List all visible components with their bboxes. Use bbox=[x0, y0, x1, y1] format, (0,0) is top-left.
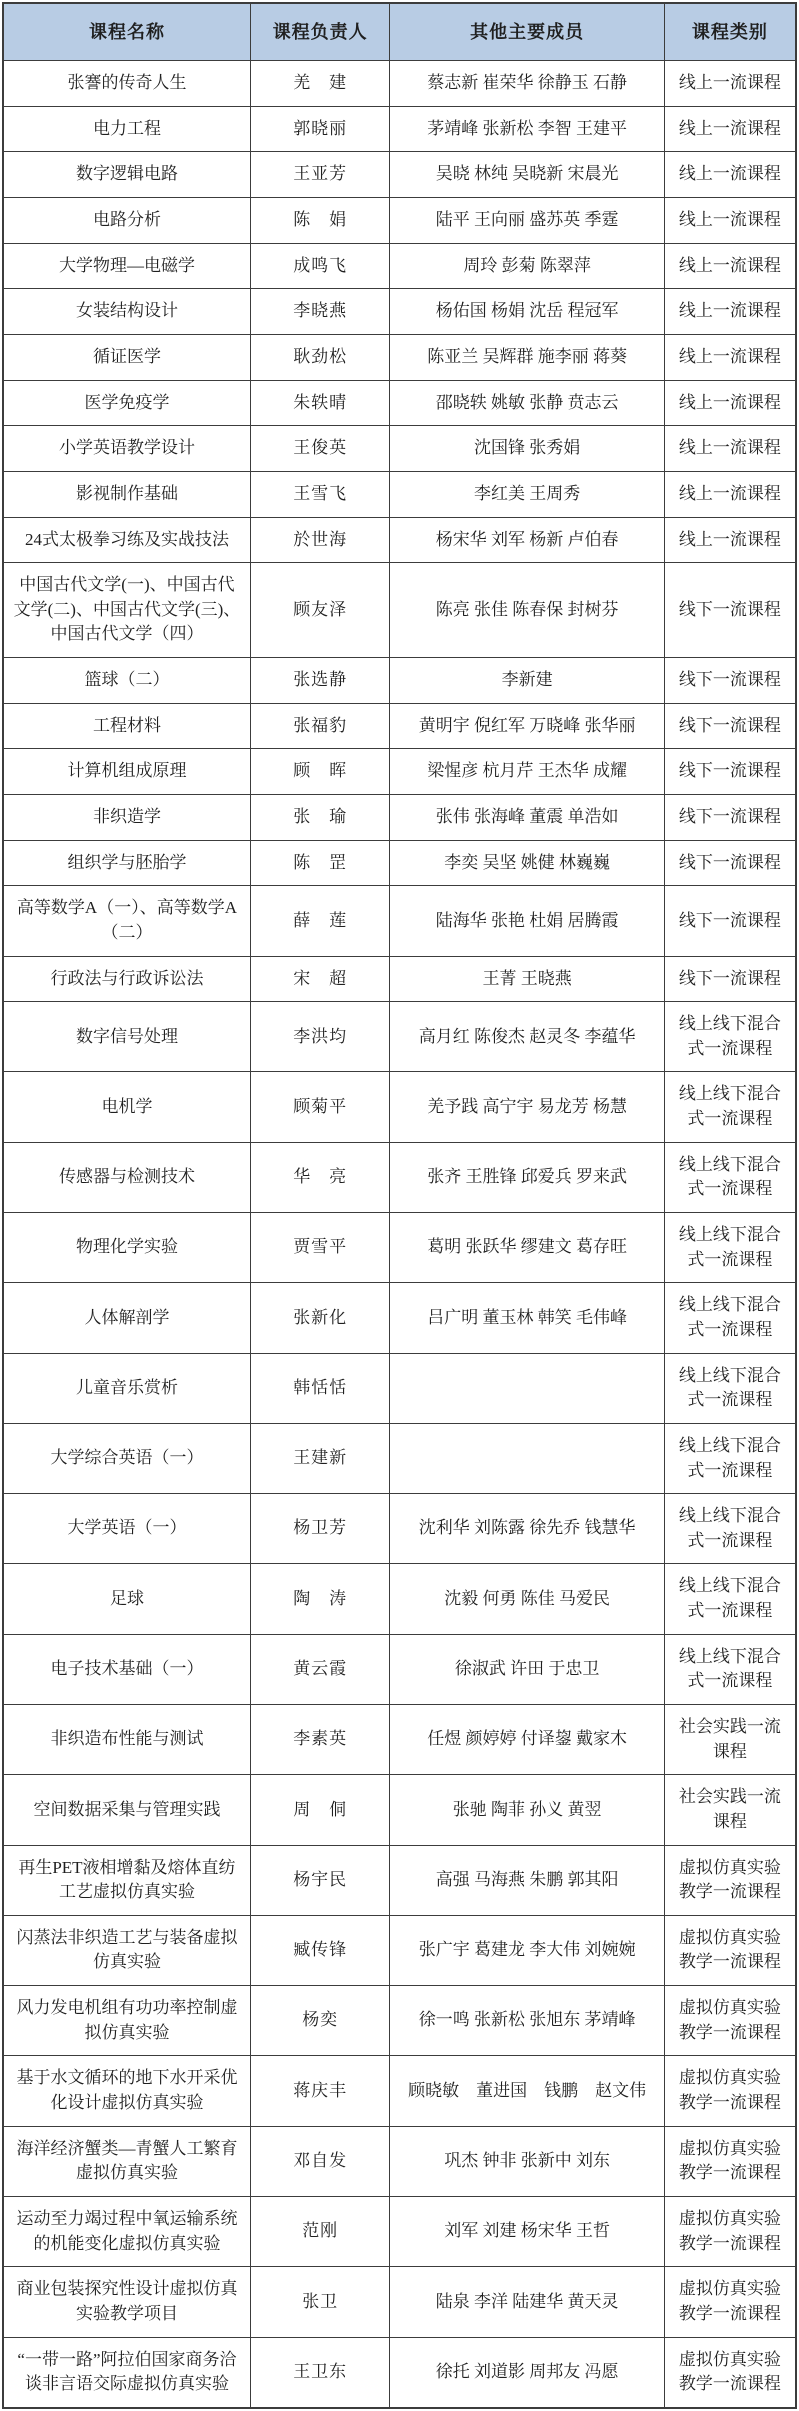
course-name-cell: 大学物理—电磁学 bbox=[3, 243, 250, 289]
members-cell: 李奕 吴坚 姚健 林巍巍 bbox=[390, 840, 664, 886]
leader-cell: 宋 超 bbox=[250, 956, 390, 1002]
members-cell: 杨佑国 杨娟 沈岳 程冠军 bbox=[390, 289, 664, 335]
table-row: 篮球（二）张选静李新建线下一流课程 bbox=[3, 658, 796, 704]
category-cell: 虚拟仿真实验教学一流课程 bbox=[664, 1915, 796, 1985]
table-row: “一带一路”阿拉伯国家商务洽谈非言语交际虚拟仿真实验王卫东徐托 刘道影 周邦友 … bbox=[3, 2337, 796, 2408]
course-name-cell: 中国古代文学(一)、中国古代文学(二)、中国古代文学(三)、中国古代文学（四） bbox=[3, 563, 250, 658]
table-row: 传感器与检测技术华 亮张齐 王胜锋 邱爱兵 罗来武线上线下混合式一流课程 bbox=[3, 1142, 796, 1212]
table-row: 小学英语教学设计王俊英沈国锋 张秀娟线上一流课程 bbox=[3, 426, 796, 472]
table-row: 大学英语（一）杨卫芳沈利华 刘陈露 徐先乔 钱慧华线上线下混合式一流课程 bbox=[3, 1494, 796, 1564]
category-cell: 线上一流课程 bbox=[664, 198, 796, 244]
table-row: 电机学顾菊平羌予践 高宁宇 易龙芳 杨慧线上线下混合式一流课程 bbox=[3, 1072, 796, 1142]
members-cell: 顾晓敏 董进国 钱鹏 赵文伟 bbox=[390, 2056, 664, 2126]
leader-cell: 王雪飞 bbox=[250, 471, 390, 517]
members-cell: 沈国锋 张秀娟 bbox=[390, 426, 664, 472]
category-cell: 线下一流课程 bbox=[664, 886, 796, 956]
table-row: 海洋经济蟹类—青蟹人工繁育虚拟仿真实验邓自发巩杰 钟非 张新中 刘东虚拟仿真实验… bbox=[3, 2126, 796, 2196]
members-cell: 吴晓 林纯 吴晓新 宋晨光 bbox=[390, 152, 664, 198]
leader-cell: 李素英 bbox=[250, 1705, 390, 1775]
table-row: 数字逻辑电路王亚芳吴晓 林纯 吴晓新 宋晨光线上一流课程 bbox=[3, 152, 796, 198]
members-cell: 吕广明 董玉林 韩笑 毛伟峰 bbox=[390, 1283, 664, 1353]
category-cell: 线下一流课程 bbox=[664, 956, 796, 1002]
leader-cell: 陈 罡 bbox=[250, 840, 390, 886]
leader-cell: 韩恬恬 bbox=[250, 1353, 390, 1423]
table-row: 电子技术基础（一）黄云霞徐淑武 许田 于忠卫线上线下混合式一流课程 bbox=[3, 1634, 796, 1704]
category-cell: 线下一流课程 bbox=[664, 840, 796, 886]
table-row: 电力工程郭晓丽茅靖峰 张新松 李智 王建平线上一流课程 bbox=[3, 106, 796, 152]
category-cell: 虚拟仿真实验教学一流课程 bbox=[664, 1986, 796, 2056]
members-cell: 徐托 刘道影 周邦友 冯愿 bbox=[390, 2337, 664, 2408]
members-cell: 沈毅 何勇 陈佳 马爱民 bbox=[390, 1564, 664, 1634]
table-row: 医学免疫学朱轶晴邵晓轶 姚敏 张静 贲志云线上一流课程 bbox=[3, 380, 796, 426]
course-name-cell: 海洋经济蟹类—青蟹人工繁育虚拟仿真实验 bbox=[3, 2126, 250, 2196]
course-name-cell: 人体解剖学 bbox=[3, 1283, 250, 1353]
category-cell: 线上一流课程 bbox=[664, 334, 796, 380]
course-table: 课程名称 课程负责人 其他主要成员 课程类别 张謇的传奇人生羌 建蔡志新 崔荣华… bbox=[2, 2, 797, 2409]
course-name-cell: 风力发电机组有功功率控制虚拟仿真实验 bbox=[3, 1986, 250, 2056]
leader-cell: 张选静 bbox=[250, 658, 390, 704]
course-name-cell: 电机学 bbox=[3, 1072, 250, 1142]
course-name-cell: 基于水文循环的地下水开采优化设计虚拟仿真实验 bbox=[3, 2056, 250, 2126]
category-cell: 线下一流课程 bbox=[664, 703, 796, 749]
course-name-cell: 行政法与行政诉讼法 bbox=[3, 956, 250, 1002]
table-row: 计算机组成原理顾 晖梁惺彦 杭月芹 王杰华 成耀线下一流课程 bbox=[3, 749, 796, 795]
table-row: 再生PET液相增黏及熔体直纺工艺虚拟仿真实验杨宇民高强 马海燕 朱鹏 郭其阳虚拟… bbox=[3, 1845, 796, 1915]
course-name-cell: 电子技术基础（一） bbox=[3, 1634, 250, 1704]
course-name-cell: 大学综合英语（一） bbox=[3, 1423, 250, 1493]
course-name-cell: 运动至力竭过程中氧运输系统的机能变化虚拟仿真实验 bbox=[3, 2196, 250, 2266]
course-name-cell: 电力工程 bbox=[3, 106, 250, 152]
table-row: 物理化学实验贾雪平葛明 张跃华 缪建文 葛存旺线上线下混合式一流课程 bbox=[3, 1213, 796, 1283]
course-name-cell: 医学免疫学 bbox=[3, 380, 250, 426]
course-name-cell: 闪蒸法非织造工艺与装备虚拟仿真实验 bbox=[3, 1915, 250, 1985]
table-row: 非织造布性能与测试李素英任煜 颜婷婷 付译鋆 戴家木社会实践一流课程 bbox=[3, 1705, 796, 1775]
table-row: 24式太极拳习练及实战技法於世海杨宋华 刘军 杨新 卢伯春线上一流课程 bbox=[3, 517, 796, 563]
table-row: 高等数学A（一）、高等数学A（二）薛 莲陆海华 张艳 杜娟 居腾霞线下一流课程 bbox=[3, 886, 796, 956]
category-cell: 线上线下混合式一流课程 bbox=[664, 1283, 796, 1353]
leader-cell: 邓自发 bbox=[250, 2126, 390, 2196]
category-cell: 社会实践一流课程 bbox=[664, 1705, 796, 1775]
leader-cell: 李晓燕 bbox=[250, 289, 390, 335]
leader-cell: 朱轶晴 bbox=[250, 380, 390, 426]
table-row: 运动至力竭过程中氧运输系统的机能变化虚拟仿真实验范刚刘军 刘建 杨宋华 王哲虚拟… bbox=[3, 2196, 796, 2266]
leader-cell: 王建新 bbox=[250, 1423, 390, 1493]
table-row: 闪蒸法非织造工艺与装备虚拟仿真实验臧传锋张广宇 葛建龙 李大伟 刘婉婉虚拟仿真实… bbox=[3, 1915, 796, 1985]
table-row: 行政法与行政诉讼法宋 超王菁 王晓燕线下一流课程 bbox=[3, 956, 796, 1002]
course-name-cell: 再生PET液相增黏及熔体直纺工艺虚拟仿真实验 bbox=[3, 1845, 250, 1915]
leader-cell: 於世海 bbox=[250, 517, 390, 563]
leader-cell: 杨奕 bbox=[250, 1986, 390, 2056]
course-name-cell: “一带一路”阿拉伯国家商务洽谈非言语交际虚拟仿真实验 bbox=[3, 2337, 250, 2408]
leader-cell: 薛 莲 bbox=[250, 886, 390, 956]
course-name-cell: 24式太极拳习练及实战技法 bbox=[3, 517, 250, 563]
members-cell: 张伟 张海峰 董震 单浩如 bbox=[390, 794, 664, 840]
members-cell: 葛明 张跃华 缪建文 葛存旺 bbox=[390, 1213, 664, 1283]
header-course-leader: 课程负责人 bbox=[250, 3, 390, 61]
category-cell: 虚拟仿真实验教学一流课程 bbox=[664, 2337, 796, 2408]
course-name-cell: 商业包装探究性设计虚拟仿真实验教学项目 bbox=[3, 2267, 250, 2337]
course-name-cell: 篮球（二） bbox=[3, 658, 250, 704]
leader-cell: 陈 娟 bbox=[250, 198, 390, 244]
leader-cell: 李洪均 bbox=[250, 1002, 390, 1072]
course-name-cell: 空间数据采集与管理实践 bbox=[3, 1775, 250, 1845]
header-other-members: 其他主要成员 bbox=[390, 3, 664, 61]
category-cell: 线上线下混合式一流课程 bbox=[664, 1494, 796, 1564]
course-name-cell: 物理化学实验 bbox=[3, 1213, 250, 1283]
members-cell: 陆海华 张艳 杜娟 居腾霞 bbox=[390, 886, 664, 956]
members-cell: 李新建 bbox=[390, 658, 664, 704]
course-name-cell: 电路分析 bbox=[3, 198, 250, 244]
category-cell: 线下一流课程 bbox=[664, 658, 796, 704]
table-row: 人体解剖学张新化吕广明 董玉林 韩笑 毛伟峰线上线下混合式一流课程 bbox=[3, 1283, 796, 1353]
table-row: 组织学与胚胎学陈 罡李奕 吴坚 姚健 林巍巍线下一流课程 bbox=[3, 840, 796, 886]
course-name-cell: 足球 bbox=[3, 1564, 250, 1634]
category-cell: 线上线下混合式一流课程 bbox=[664, 1002, 796, 1072]
header-row: 课程名称 课程负责人 其他主要成员 课程类别 bbox=[3, 3, 796, 61]
category-cell: 线上线下混合式一流课程 bbox=[664, 1564, 796, 1634]
leader-cell: 成鸣飞 bbox=[250, 243, 390, 289]
members-cell: 徐一鸣 张新松 张旭东 茅靖峰 bbox=[390, 1986, 664, 2056]
course-name-cell: 工程材料 bbox=[3, 703, 250, 749]
members-cell: 高强 马海燕 朱鹏 郭其阳 bbox=[390, 1845, 664, 1915]
table-row: 循证医学耿劲松陈亚兰 吴辉群 施李丽 蒋葵线上一流课程 bbox=[3, 334, 796, 380]
table-row: 大学物理—电磁学成鸣飞周玲 彭菊 陈翠萍线上一流课程 bbox=[3, 243, 796, 289]
leader-cell: 周 侗 bbox=[250, 1775, 390, 1845]
category-cell: 线上一流课程 bbox=[664, 152, 796, 198]
course-name-cell: 数字逻辑电路 bbox=[3, 152, 250, 198]
category-cell: 线上一流课程 bbox=[664, 471, 796, 517]
category-cell: 虚拟仿真实验教学一流课程 bbox=[664, 1845, 796, 1915]
category-cell: 线下一流课程 bbox=[664, 563, 796, 658]
leader-cell: 张福豹 bbox=[250, 703, 390, 749]
category-cell: 线上一流课程 bbox=[664, 426, 796, 472]
category-cell: 虚拟仿真实验教学一流课程 bbox=[664, 2267, 796, 2337]
members-cell: 黄明宇 倪红军 万晓峰 张华丽 bbox=[390, 703, 664, 749]
leader-cell: 黄云霞 bbox=[250, 1634, 390, 1704]
category-cell: 线上一流课程 bbox=[664, 106, 796, 152]
members-cell bbox=[390, 1353, 664, 1423]
table-row: 女装结构设计李晓燕杨佑国 杨娟 沈岳 程冠军线上一流课程 bbox=[3, 289, 796, 335]
course-name-cell: 非织造学 bbox=[3, 794, 250, 840]
leader-cell: 蒋庆丰 bbox=[250, 2056, 390, 2126]
course-name-cell: 影视制作基础 bbox=[3, 471, 250, 517]
members-cell: 陈亚兰 吴辉群 施李丽 蒋葵 bbox=[390, 334, 664, 380]
members-cell: 陆泉 李洋 陆建华 黄天灵 bbox=[390, 2267, 664, 2337]
members-cell bbox=[390, 1423, 664, 1493]
leader-cell: 张卫 bbox=[250, 2267, 390, 2337]
course-table-body: 张謇的传奇人生羌 建蔡志新 崔荣华 徐静玉 石静线上一流课程电力工程郭晓丽茅靖峰… bbox=[3, 61, 796, 2408]
leader-cell: 王亚芳 bbox=[250, 152, 390, 198]
category-cell: 线上线下混合式一流课程 bbox=[664, 1072, 796, 1142]
members-cell: 周玲 彭菊 陈翠萍 bbox=[390, 243, 664, 289]
table-row: 商业包装探究性设计虚拟仿真实验教学项目张卫陆泉 李洋 陆建华 黄天灵虚拟仿真实验… bbox=[3, 2267, 796, 2337]
table-row: 中国古代文学(一)、中国古代文学(二)、中国古代文学(三)、中国古代文学（四）顾… bbox=[3, 563, 796, 658]
leader-cell: 陶 涛 bbox=[250, 1564, 390, 1634]
table-row: 数字信号处理李洪均高月红 陈俊杰 赵灵冬 李蕴华线上线下混合式一流课程 bbox=[3, 1002, 796, 1072]
category-cell: 线上一流课程 bbox=[664, 517, 796, 563]
table-row: 非织造学张 瑜张伟 张海峰 董震 单浩如线下一流课程 bbox=[3, 794, 796, 840]
leader-cell: 顾 晖 bbox=[250, 749, 390, 795]
table-row: 张謇的传奇人生羌 建蔡志新 崔荣华 徐静玉 石静线上一流课程 bbox=[3, 61, 796, 107]
category-cell: 虚拟仿真实验教学一流课程 bbox=[664, 2126, 796, 2196]
table-row: 足球陶 涛沈毅 何勇 陈佳 马爱民线上线下混合式一流课程 bbox=[3, 1564, 796, 1634]
course-name-cell: 计算机组成原理 bbox=[3, 749, 250, 795]
header-course-name: 课程名称 bbox=[3, 3, 250, 61]
members-cell: 张广宇 葛建龙 李大伟 刘婉婉 bbox=[390, 1915, 664, 1985]
course-name-cell: 数字信号处理 bbox=[3, 1002, 250, 1072]
leader-cell: 杨卫芳 bbox=[250, 1494, 390, 1564]
category-cell: 线上线下混合式一流课程 bbox=[664, 1634, 796, 1704]
course-name-cell: 循证医学 bbox=[3, 334, 250, 380]
leader-cell: 耿劲松 bbox=[250, 334, 390, 380]
course-name-cell: 大学英语（一） bbox=[3, 1494, 250, 1564]
category-cell: 虚拟仿真实验教学一流课程 bbox=[664, 2056, 796, 2126]
members-cell: 茅靖峰 张新松 李智 王建平 bbox=[390, 106, 664, 152]
members-cell: 任煜 颜婷婷 付译鋆 戴家木 bbox=[390, 1705, 664, 1775]
category-cell: 线下一流课程 bbox=[664, 749, 796, 795]
leader-cell: 王俊英 bbox=[250, 426, 390, 472]
members-cell: 刘军 刘建 杨宋华 王哲 bbox=[390, 2196, 664, 2266]
category-cell: 线上一流课程 bbox=[664, 289, 796, 335]
members-cell: 羌予践 高宁宇 易龙芳 杨慧 bbox=[390, 1072, 664, 1142]
category-cell: 线上线下混合式一流课程 bbox=[664, 1353, 796, 1423]
leader-cell: 王卫东 bbox=[250, 2337, 390, 2408]
leader-cell: 羌 建 bbox=[250, 61, 390, 107]
members-cell: 张齐 王胜锋 邱爱兵 罗来武 bbox=[390, 1142, 664, 1212]
category-cell: 线上线下混合式一流课程 bbox=[664, 1423, 796, 1493]
members-cell: 陆平 王向丽 盛苏英 季霆 bbox=[390, 198, 664, 244]
category-cell: 线上一流课程 bbox=[664, 243, 796, 289]
members-cell: 王菁 王晓燕 bbox=[390, 956, 664, 1002]
course-name-cell: 张謇的传奇人生 bbox=[3, 61, 250, 107]
leader-cell: 张 瑜 bbox=[250, 794, 390, 840]
leader-cell: 臧传锋 bbox=[250, 1915, 390, 1985]
category-cell: 线上线下混合式一流课程 bbox=[664, 1213, 796, 1283]
members-cell: 蔡志新 崔荣华 徐静玉 石静 bbox=[390, 61, 664, 107]
leader-cell: 顾友泽 bbox=[250, 563, 390, 658]
members-cell: 杨宋华 刘军 杨新 卢伯春 bbox=[390, 517, 664, 563]
category-cell: 社会实践一流课程 bbox=[664, 1775, 796, 1845]
members-cell: 高月红 陈俊杰 赵灵冬 李蕴华 bbox=[390, 1002, 664, 1072]
members-cell: 李红美 王周秀 bbox=[390, 471, 664, 517]
leader-cell: 范刚 bbox=[250, 2196, 390, 2266]
members-cell: 巩杰 钟非 张新中 刘东 bbox=[390, 2126, 664, 2196]
table-row: 影视制作基础王雪飞李红美 王周秀线上一流课程 bbox=[3, 471, 796, 517]
leader-cell: 贾雪平 bbox=[250, 1213, 390, 1283]
course-name-cell: 小学英语教学设计 bbox=[3, 426, 250, 472]
members-cell: 邵晓轶 姚敏 张静 贲志云 bbox=[390, 380, 664, 426]
table-row: 儿童音乐赏析韩恬恬线上线下混合式一流课程 bbox=[3, 1353, 796, 1423]
category-cell: 虚拟仿真实验教学一流课程 bbox=[664, 2196, 796, 2266]
header-course-category: 课程类别 bbox=[664, 3, 796, 61]
leader-cell: 郭晓丽 bbox=[250, 106, 390, 152]
members-cell: 沈利华 刘陈露 徐先乔 钱慧华 bbox=[390, 1494, 664, 1564]
leader-cell: 杨宇民 bbox=[250, 1845, 390, 1915]
leader-cell: 顾菊平 bbox=[250, 1072, 390, 1142]
category-cell: 线下一流课程 bbox=[664, 794, 796, 840]
members-cell: 张驰 陶菲 孙义 黄翌 bbox=[390, 1775, 664, 1845]
course-name-cell: 儿童音乐赏析 bbox=[3, 1353, 250, 1423]
course-name-cell: 高等数学A（一）、高等数学A（二） bbox=[3, 886, 250, 956]
members-cell: 陈亮 张佳 陈春保 封树芬 bbox=[390, 563, 664, 658]
course-name-cell: 传感器与检测技术 bbox=[3, 1142, 250, 1212]
leader-cell: 华 亮 bbox=[250, 1142, 390, 1212]
category-cell: 线上一流课程 bbox=[664, 380, 796, 426]
category-cell: 线上一流课程 bbox=[664, 61, 796, 107]
table-row: 大学综合英语（一）王建新线上线下混合式一流课程 bbox=[3, 1423, 796, 1493]
table-row: 空间数据采集与管理实践周 侗张驰 陶菲 孙义 黄翌社会实践一流课程 bbox=[3, 1775, 796, 1845]
members-cell: 梁惺彦 杭月芹 王杰华 成耀 bbox=[390, 749, 664, 795]
members-cell: 徐淑武 许田 于忠卫 bbox=[390, 1634, 664, 1704]
table-row: 工程材料张福豹黄明宇 倪红军 万晓峰 张华丽线下一流课程 bbox=[3, 703, 796, 749]
table-row: 风力发电机组有功功率控制虚拟仿真实验杨奕徐一鸣 张新松 张旭东 茅靖峰虚拟仿真实… bbox=[3, 1986, 796, 2056]
leader-cell: 张新化 bbox=[250, 1283, 390, 1353]
course-name-cell: 女装结构设计 bbox=[3, 289, 250, 335]
course-name-cell: 非织造布性能与测试 bbox=[3, 1705, 250, 1775]
course-name-cell: 组织学与胚胎学 bbox=[3, 840, 250, 886]
table-row: 基于水文循环的地下水开采优化设计虚拟仿真实验蒋庆丰顾晓敏 董进国 钱鹏 赵文伟虚… bbox=[3, 2056, 796, 2126]
table-row: 电路分析陈 娟陆平 王向丽 盛苏英 季霆线上一流课程 bbox=[3, 198, 796, 244]
category-cell: 线上线下混合式一流课程 bbox=[664, 1142, 796, 1212]
